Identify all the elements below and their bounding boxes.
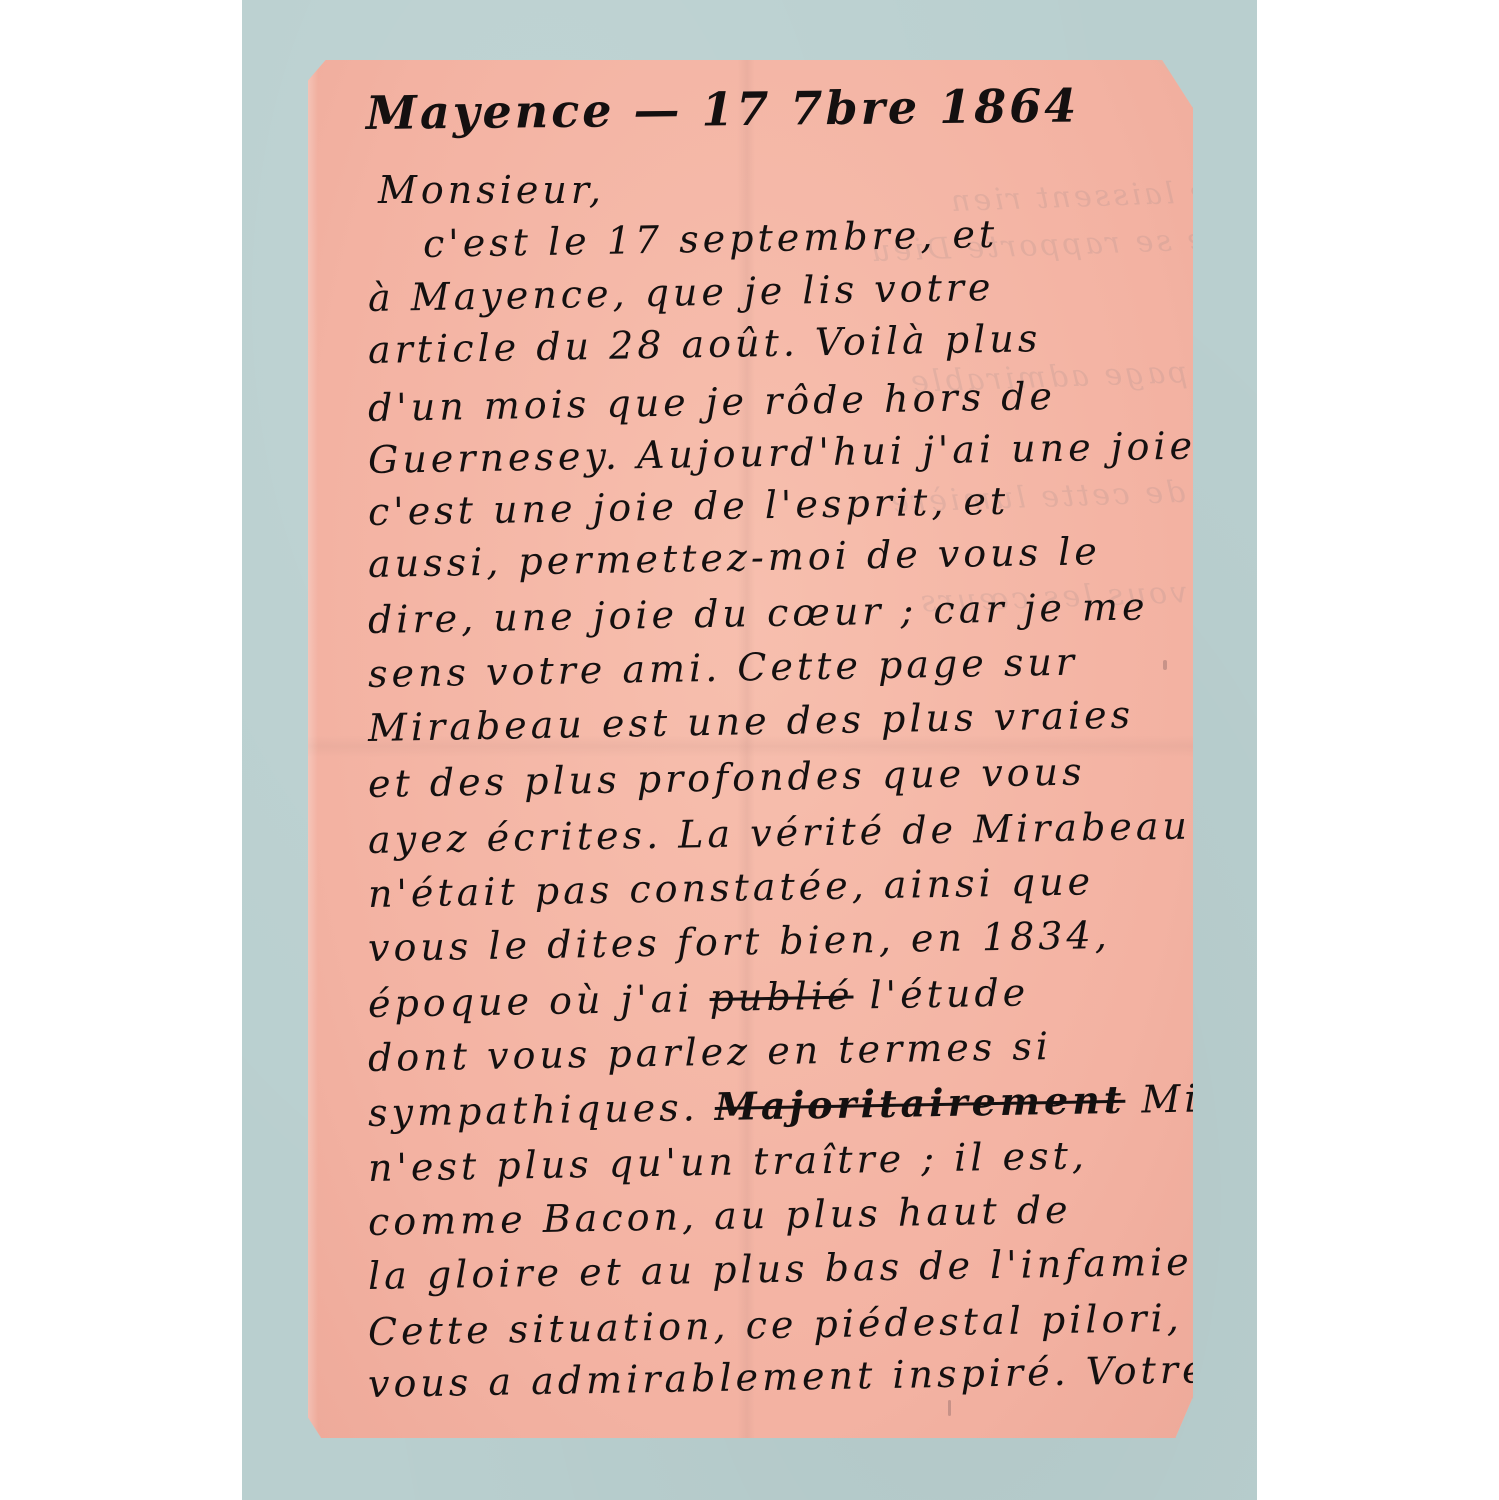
letter-line: vous le dites fort bien, en 1834,	[368, 913, 1111, 970]
letter-line: la gloire et au plus bas de l'infamie.	[368, 1239, 1210, 1298]
letter-line: à Mayence, que je lis votre	[368, 265, 995, 320]
struck-word: Majoritairement	[714, 1077, 1125, 1129]
letter-line: n'était pas constatée, ainsi que	[368, 859, 1095, 916]
heading-place: Mayence	[366, 83, 615, 140]
struck-word: publié	[709, 974, 854, 1021]
line-text: sympathiques.	[368, 1085, 716, 1135]
heading-separator: —	[633, 83, 683, 138]
letter-line: Cette situation, ce piédestal pilori,	[368, 1296, 1184, 1354]
letter-line: Mirabeau est une des plus vraies	[368, 693, 1135, 750]
letter-line: c'est une joie de l'esprit, et	[368, 479, 1010, 534]
letter-heading: Mayence — 17 7bre 1864	[366, 79, 1080, 140]
letter-sheet: qui ne laissent rien ne se rapporte Dieu…	[308, 60, 1193, 1438]
letter-line: et des plus profondes que vous	[368, 749, 1086, 806]
letter-line: dire, une joie du cœur ; car je me	[368, 584, 1149, 642]
line-text: l'étude	[853, 970, 1029, 1017]
letter-line: vous a admirablement inspiré. Votre	[368, 1347, 1209, 1406]
letter-line: d'un mois que je rôde hors de	[368, 374, 1057, 430]
letter-line: aussi, permettez-moi de vous le	[368, 529, 1102, 586]
line-text: époque où j'ai	[368, 976, 710, 1026]
salutation: Monsieur,	[378, 168, 605, 212]
letter-line: n'est plus qu'un traître ; il est,	[368, 1133, 1089, 1190]
letter-line: dont vous parlez en termes si	[368, 1024, 1053, 1080]
letter-line: article du 28 août. Voilà plus	[368, 316, 1042, 372]
letter-line: ayez écrites. La vérité de Mirabeau	[368, 804, 1192, 862]
letter-line: c'est le 17 septembre, et	[423, 212, 999, 266]
letter-line: Guernesey. Aujourd'hui j'ai une joie.	[368, 423, 1213, 482]
letter-line: comme Bacon, au plus haut de	[368, 1188, 1072, 1244]
letter-line: époque où j'ai publié l'étude	[368, 970, 1030, 1026]
heading-date: 17 7bre 1864	[701, 79, 1079, 137]
handwritten-letter: Mayence — 17 7bre 1864 Monsieur, c'est l…	[308, 60, 1193, 1438]
letter-line: sens votre ami. Cette page sur	[368, 640, 1079, 696]
